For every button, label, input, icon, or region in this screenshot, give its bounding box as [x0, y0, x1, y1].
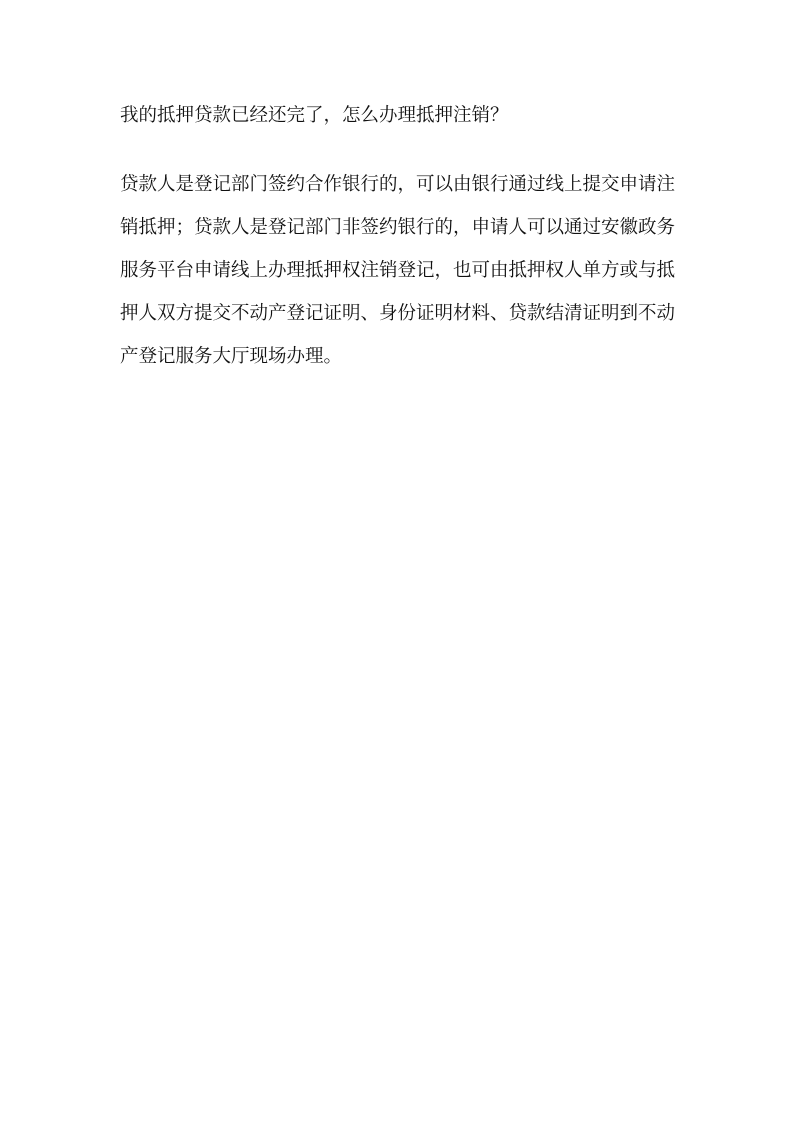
question-heading: 我的抵押贷款已经还完了，怎么办理抵押注销？ [120, 103, 680, 129]
answer-line: 贷款人是登记部门签约合作银行的，可以由银行通过线上提交申请注 [120, 163, 680, 206]
answer-line: 服务平台申请线上办理抵押权注销登记，也可由抵押权人单方或与抵 [120, 249, 680, 292]
document-page: 我的抵押贷款已经还完了，怎么办理抵押注销？ 贷款人是登记部门签约合作银行的，可以… [0, 0, 793, 1122]
answer-paragraph: 贷款人是登记部门签约合作银行的，可以由银行通过线上提交申请注 销抵押；贷款人是登… [120, 163, 680, 378]
answer-line: 销抵押；贷款人是登记部门非签约银行的，申请人可以通过安徽政务 [120, 206, 680, 249]
answer-line: 押人双方提交不动产登记证明、身份证明材料、贷款结清证明到不动 [120, 292, 680, 335]
answer-line: 产登记服务大厅现场办理。 [120, 335, 680, 378]
